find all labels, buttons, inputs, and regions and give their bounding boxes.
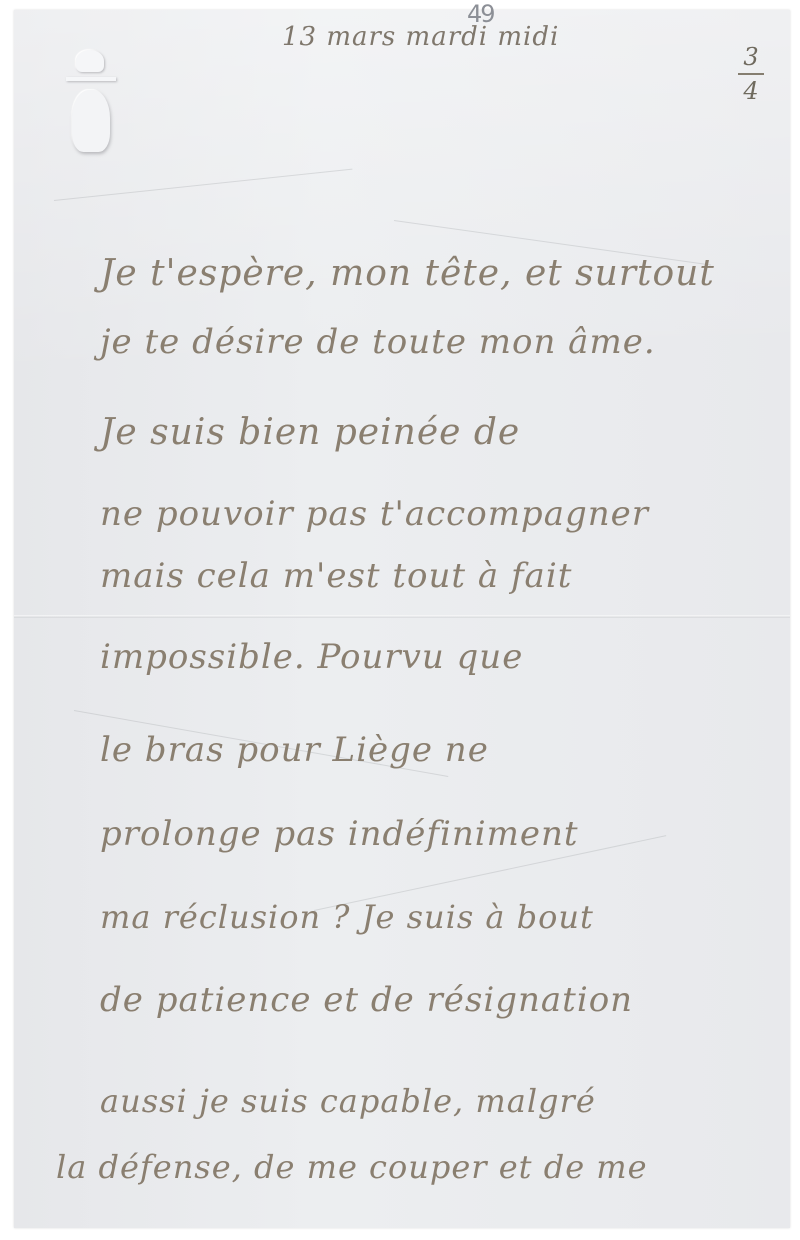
embossed-crest-icon	[66, 50, 116, 155]
date-line: 13 mars mardi midi	[282, 22, 559, 52]
letter-line: impossible. Pourvu que	[100, 637, 523, 677]
letter-line: Je t'espère, mon tête, et surtout	[100, 253, 715, 294]
letter-line: ma réclusion ? Je suis à bout	[100, 898, 594, 936]
crown-icon	[76, 50, 104, 72]
letter-line: aussi je suis capable, malgré	[100, 1082, 596, 1120]
letter-line: mais cela m'est tout à fait	[100, 556, 572, 596]
page-indicator: 3 4	[738, 45, 764, 103]
letter-line: la défense, de me couper et de me	[56, 1148, 648, 1186]
paper-fold	[14, 615, 790, 618]
letter-line: Je suis bien peinée de	[100, 412, 520, 453]
page-number: 3	[743, 43, 758, 71]
letter-line: ne pouvoir pas t'accompagner	[100, 494, 649, 534]
letter-line: de patience et de résignation	[100, 980, 633, 1020]
crest-shield-icon	[72, 90, 110, 152]
letter-page	[14, 10, 790, 1228]
paper-crease	[54, 169, 352, 201]
letter-line: prolonge pas indéfiniment	[100, 814, 579, 854]
letter-line: je te désire de toute mon âme.	[100, 322, 656, 362]
page-total: 4	[743, 77, 758, 105]
letter-line: le bras pour Liège ne	[100, 730, 489, 770]
